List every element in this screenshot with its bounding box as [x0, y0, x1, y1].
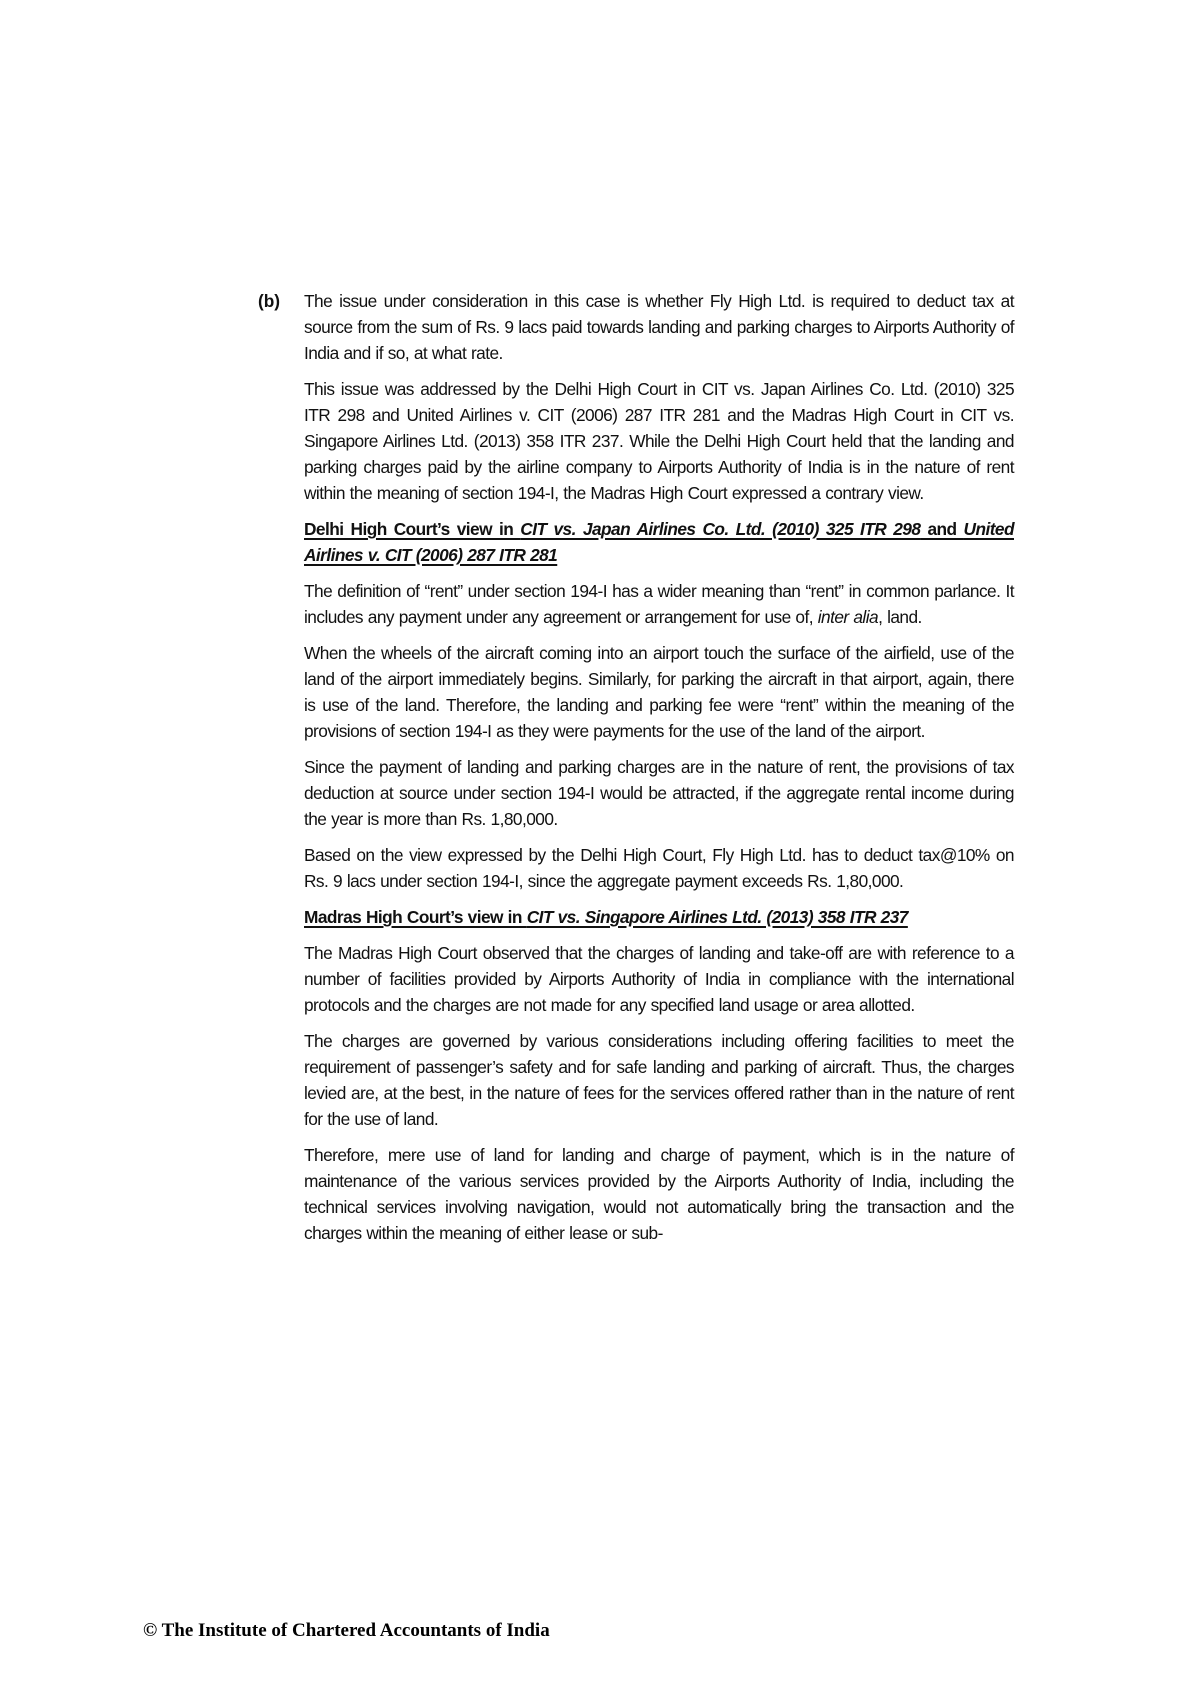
answer-body: The issue under consideration in this ca… [304, 288, 1014, 1246]
paragraph-issue: The issue under consideration in this ca… [304, 288, 1014, 366]
citation-singapore-airlines: CIT vs. Singapore Airlines Ltd. (2013) 3… [527, 907, 908, 927]
paragraph-tds-attracted: Since the payment of landing and parking… [304, 754, 1014, 832]
heading-delhi-view: Delhi High Court’s view in CIT vs. Japan… [304, 516, 1014, 568]
heading-madras-view: Madras High Court’s view in CIT vs. Sing… [304, 904, 1014, 930]
document-page: (b) The issue under consideration in thi… [0, 0, 1191, 1684]
paragraph-madras-observation: The Madras High Court observed that the … [304, 940, 1014, 1018]
paragraph-therefore: Therefore, mere use of land for landing … [304, 1142, 1014, 1246]
paragraph-use-of-land: When the wheels of the aircraft coming i… [304, 640, 1014, 744]
item-label: (b) [258, 288, 280, 314]
paragraph-charges-governed: The charges are governed by various cons… [304, 1028, 1014, 1132]
paragraph-case-overview: This issue was addressed by the Delhi Hi… [304, 376, 1014, 506]
citation-japan-airlines: CIT vs. Japan Airlines Co. Ltd. (2010) 3… [520, 519, 920, 539]
footer-copyright: © The Institute of Chartered Accountants… [143, 1620, 550, 1642]
answer-item-b: (b) The issue under consideration in thi… [258, 288, 1014, 1256]
paragraph-delhi-conclusion: Based on the view expressed by the Delhi… [304, 842, 1014, 894]
paragraph-rent-definition: The definition of “rent” under section 1… [304, 578, 1014, 630]
